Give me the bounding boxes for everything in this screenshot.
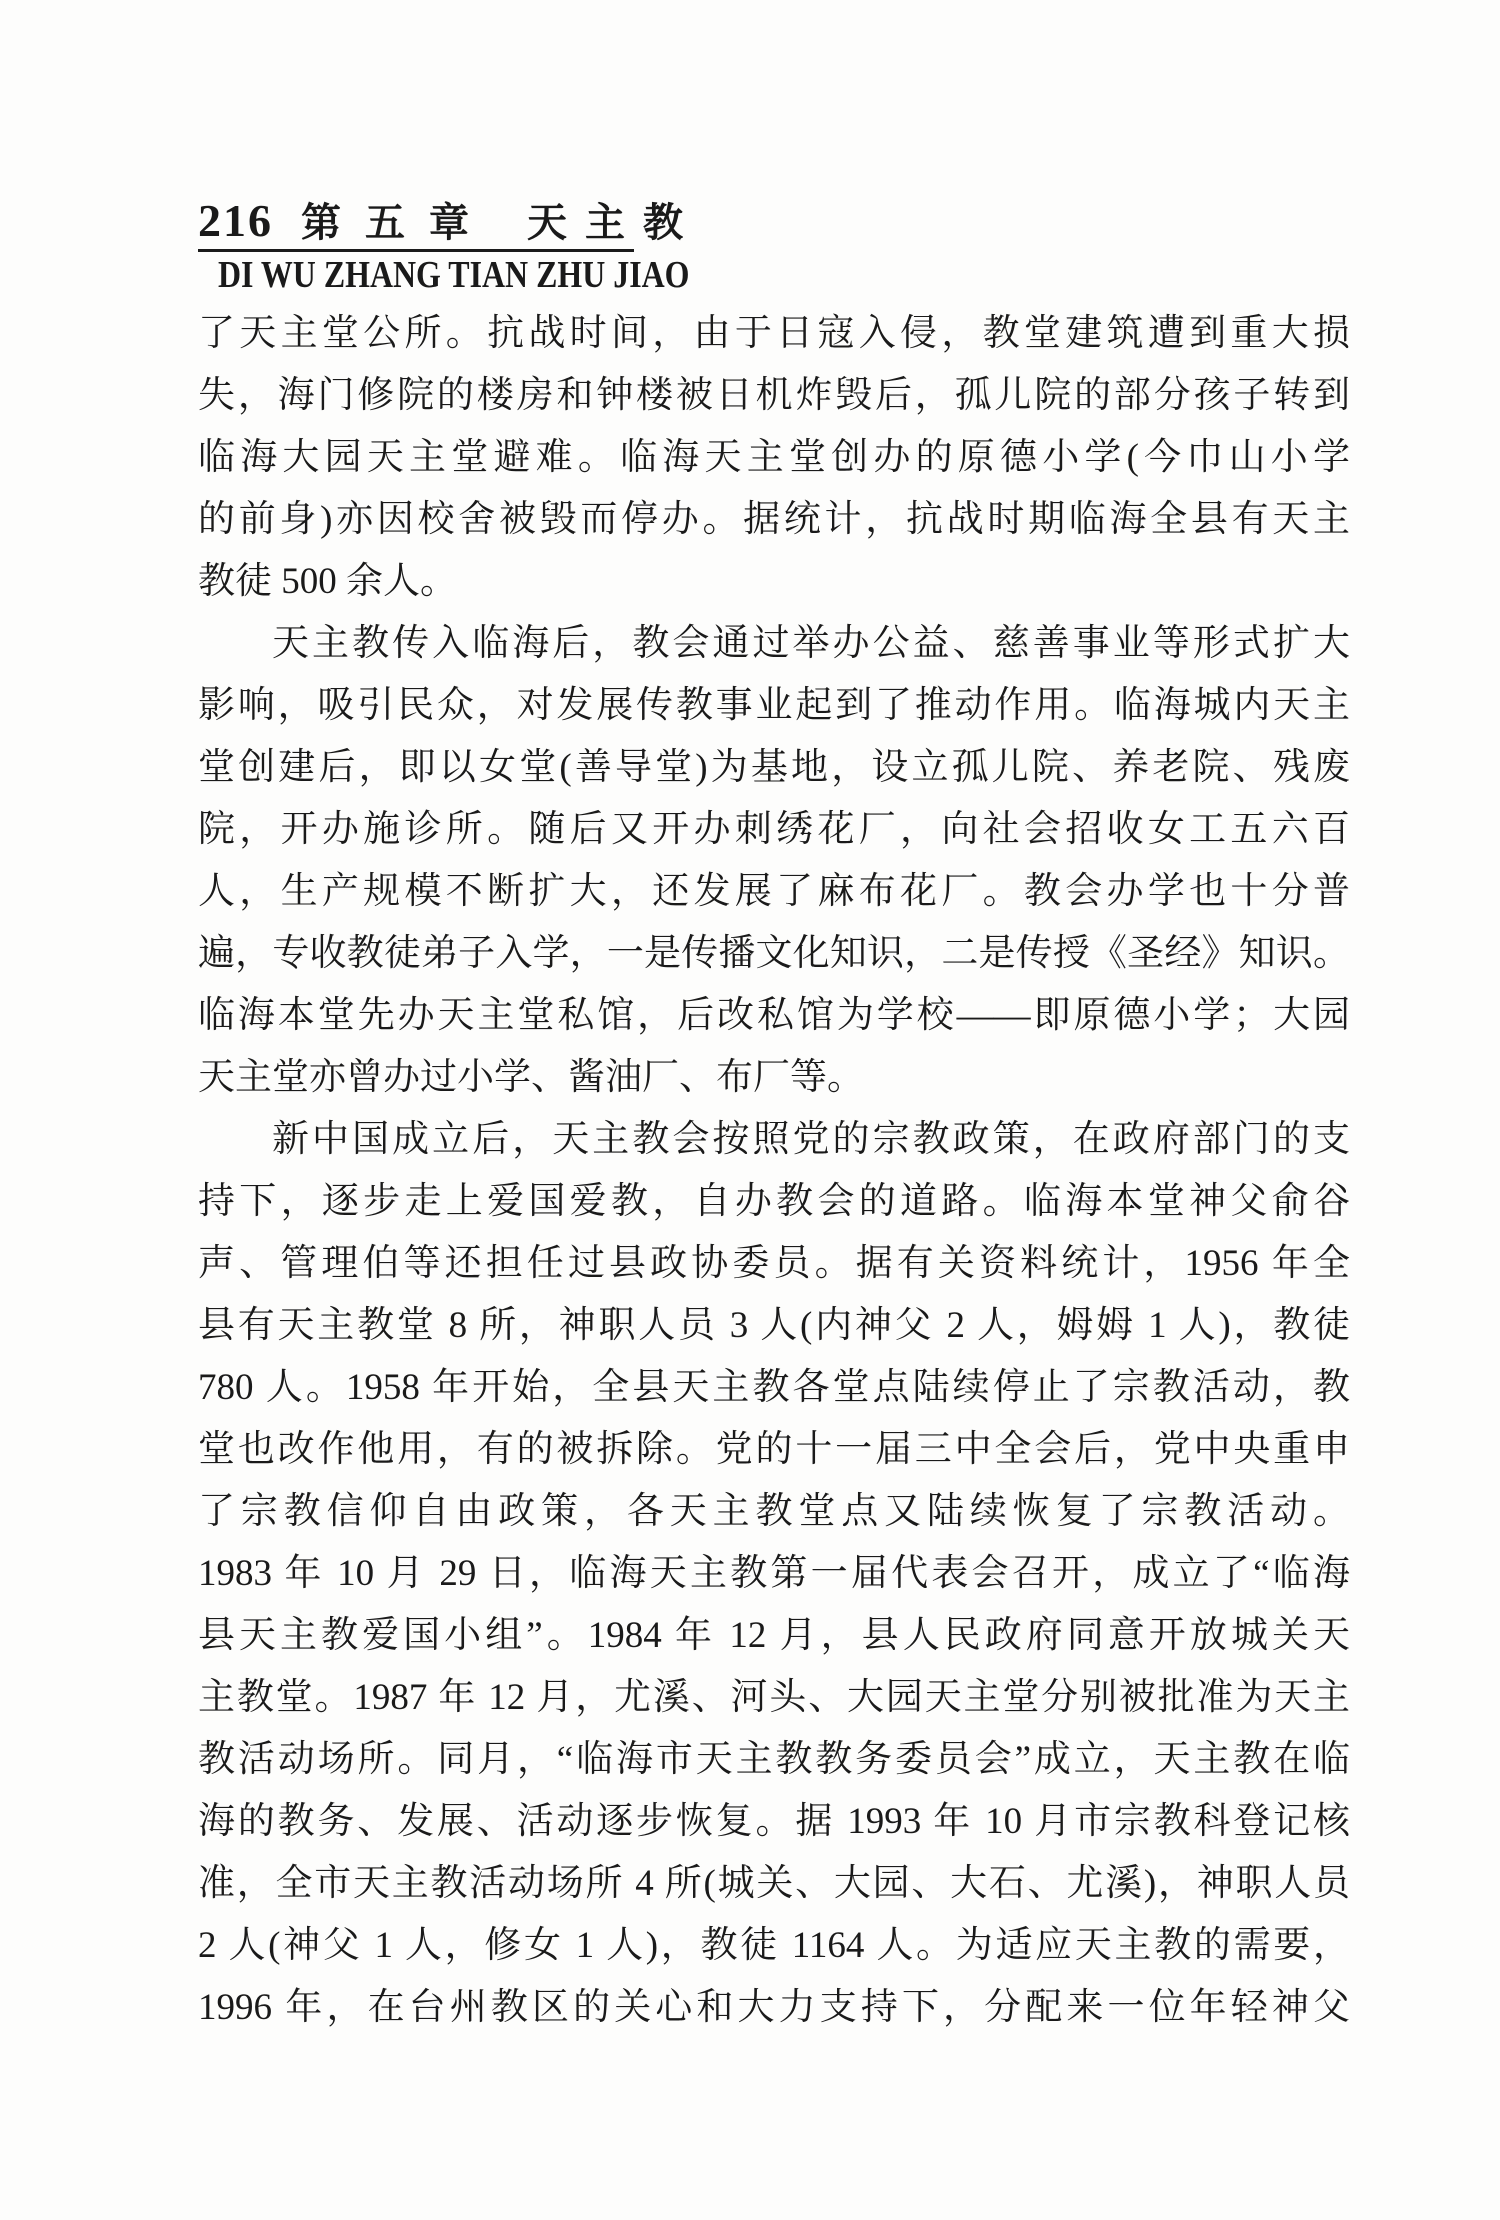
chapter-title: 天主教 [527, 203, 701, 243]
text-line: 影响，吸引民众，对发展传教事业起到了推动作用。临海城内天主 [198, 675, 1350, 737]
text-line: 教徒 500 余人。 [198, 551, 1350, 613]
header-rule [198, 249, 634, 252]
text-line: 失，海门修院的楼房和钟楼被日机炸毁后，孤儿院的部分孩子转到 [198, 365, 1350, 427]
text-line: 县天主教爱国小组”。1984 年 12 月，县人民政府同意开放城关天 [198, 1605, 1350, 1667]
text-line: 准，全市天主教活动场所 4 所(城关、大园、大石、尤溪)，神职人员 [198, 1853, 1350, 1915]
text-line: 教活动场所。同月，“临海市天主教教务委员会”成立，天主教在临 [198, 1729, 1350, 1791]
book-page: 216 第五章 天主教 DI WU ZHANG TIAN ZHU JIAO 了天… [0, 0, 1500, 2220]
header-row: 216 第五章 天主教 [198, 198, 779, 244]
text-line: 堂创建后，即以女堂(善导堂)为基地，设立孤儿院、养老院、残废 [198, 737, 1350, 799]
text-line: 的前身)亦因校舍被毁而停办。据统计，抗战时期临海全县有天主 [198, 489, 1350, 551]
text-line: 1983 年 10 月 29 日，临海天主教第一届代表会召开，成立了“临海 [198, 1543, 1350, 1605]
text-line: 县有天主教堂 8 所，神职人员 3 人(内神父 2 人，姆姆 1 人)，教徒 [198, 1295, 1350, 1357]
text-line: 临海大园天主堂避难。临海天主堂创办的原德小学(今巾山小学 [198, 427, 1350, 489]
text-line: 主教堂。1987 年 12 月，尤溪、河头、大园天主堂分别被批准为天主 [198, 1667, 1350, 1729]
text-line: 海的教务、发展、活动逐步恢复。据 1993 年 10 月市宗教科登记核 [198, 1791, 1350, 1853]
header-pinyin: DI WU ZHANG TIAN ZHU JIAO [218, 256, 690, 294]
text-line: 天主堂亦曾办过小学、酱油厂、布厂等。 [198, 1047, 1350, 1109]
text-line: 了天主堂公所。抗战时间，由于日寇入侵，教堂建筑遭到重大损 [198, 303, 1350, 365]
text-line: 新中国成立后，天主教会按照党的宗教政策，在政府部门的支 [198, 1109, 1350, 1171]
page-number: 216 [198, 198, 273, 244]
text-line: 人，生产规模不断扩大，还发展了麻布花厂。教会办学也十分普 [198, 861, 1350, 923]
text-line: 780 人。1958 年开始，全县天主教各堂点陆续停止了宗教活动，教 [198, 1357, 1350, 1419]
text-line: 持下，逐步走上爱国爱教，自办教会的道路。临海本堂神父俞谷 [198, 1171, 1350, 1233]
page-header: 216 第五章 天主教 DI WU ZHANG TIAN ZHU JIAO [198, 198, 779, 294]
text-line: 2 人(神父 1 人，修女 1 人)，教徒 1164 人。为适应天主教的需要， [198, 1915, 1350, 1977]
text-line: 堂也改作他用，有的被拆除。党的十一届三中全会后，党中央重申 [198, 1419, 1350, 1481]
text-line: 了宗教信仰自由政策，各天主教堂点又陆续恢复了宗教活动。 [198, 1481, 1350, 1543]
text-line: 天主教传入临海后，教会通过举办公益、慈善事业等形式扩大 [198, 613, 1350, 675]
body-text: 了天主堂公所。抗战时间，由于日寇入侵，教堂建筑遭到重大损失，海门修院的楼房和钟楼… [198, 303, 1350, 2039]
text-line: 临海本堂先办天主堂私馆，后改私馆为学校——即原德小学；大园 [198, 985, 1350, 1047]
text-line: 院，开办施诊所。随后又开办刺绣花厂，向社会招收女工五六百 [198, 799, 1350, 861]
text-line: 遍，专收教徒弟子入学，一是传播文化知识，二是传授《圣经》知识。 [198, 923, 1350, 985]
text-line: 1996 年，在台州教区的关心和大力支持下，分配来一位年轻神父 [198, 1977, 1350, 2039]
text-line: 声、管理伯等还担任过县政协委员。据有关资料统计，1956 年全 [198, 1233, 1350, 1295]
chapter-label: 第五章 [301, 203, 493, 243]
